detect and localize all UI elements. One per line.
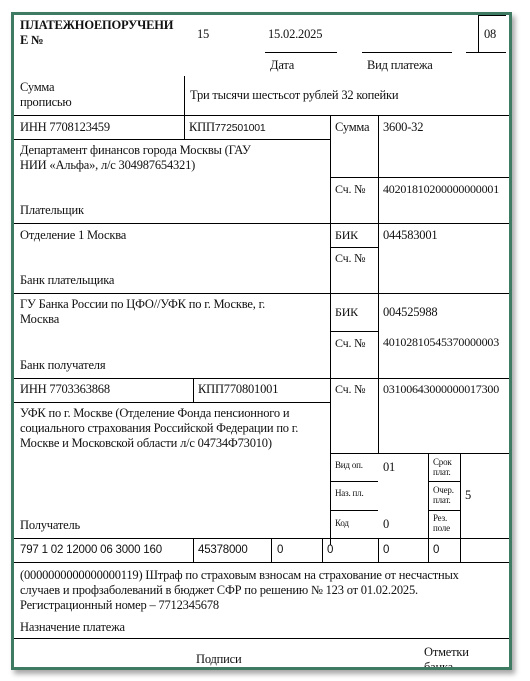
payee-name-line2: социального страхования Российской Федер… (20, 421, 298, 436)
col-line (428, 453, 429, 538)
doc-date-value: 0 (433, 543, 439, 558)
payer-kpp-label: КПП (189, 120, 215, 134)
date-value: 15.02.2025 (268, 27, 322, 42)
payee-bank-account-label: Сч. № (335, 336, 365, 351)
col-line (322, 538, 323, 562)
payee-label: Получатель (20, 518, 80, 533)
payer-account-label: Сч. № (335, 182, 365, 197)
payer-kpp-value: 772501001 (215, 122, 266, 134)
bank-marks-label-2: банка (424, 660, 453, 670)
priority-value: 5 (465, 488, 471, 503)
reserve-label-1: Рез. (433, 513, 447, 523)
code-value: 0 (383, 517, 389, 532)
due-label-2: плат. (433, 467, 451, 477)
row-line (14, 293, 509, 294)
payer-bank-bik-value: 044583001 (383, 228, 437, 243)
row-line (14, 402, 330, 403)
bank-marks-label-1: Отметки (424, 645, 469, 660)
reserve-label-2: поле (433, 523, 450, 533)
col-line (378, 538, 379, 562)
date-underline (265, 52, 337, 53)
status-box-bottom (466, 52, 506, 53)
status-box-top (478, 15, 506, 16)
col-line (460, 538, 461, 562)
payee-bank-bik-label: БИК (335, 305, 358, 320)
period-value: 0 (327, 543, 333, 558)
row-line (330, 247, 378, 248)
amount-words-divider (184, 76, 185, 115)
row-line (14, 115, 509, 116)
op-type-value: 01 (383, 460, 395, 475)
payee-name-line1: УФК по г. Москве (Отделение Фонда пенсио… (20, 406, 289, 421)
payer-account-value: 40201810200000000001 (383, 182, 499, 197)
payee-account-value: 03100643000000017300 (383, 382, 499, 397)
payee-bank-account-value: 40102810545370000003 (383, 335, 499, 350)
row-line (14, 223, 509, 224)
payer-label: Плательщик (20, 203, 84, 218)
payer-sum-label: Сумма (335, 120, 369, 135)
payment-type-label: Вид платежа (367, 58, 433, 73)
col-line (184, 115, 185, 139)
payee-account-label: Сч. № (335, 382, 365, 397)
row-line (14, 638, 509, 639)
payment-order-form: ПЛАТЕЖНОЕПОРУЧЕНИ Е № 15 15.02.2025 Дата… (11, 12, 512, 670)
row-line (14, 538, 509, 539)
purpose-line1: (0000000000000000119) Штраф по страховым… (20, 568, 459, 583)
basis-value: 0 (277, 543, 283, 558)
col-line (378, 115, 379, 453)
date-label: Дата (270, 58, 294, 73)
row-line (330, 453, 509, 454)
doc-number-value: 0 (383, 543, 389, 558)
kbk-value: 797 1 02 12000 06 3000 160 (20, 543, 162, 558)
form-title-line2: Е № (20, 33, 43, 48)
payer-sum-value: 3600-32 (383, 120, 423, 135)
code-label: Код (335, 518, 349, 528)
signatures-label: Подписи (196, 652, 242, 667)
purpose-line2: случаев и профзаболеваний в бюджет СФР п… (20, 583, 418, 598)
row-line (330, 481, 378, 482)
order-number: 15 (197, 27, 209, 42)
payee-inn: ИНН 7703363868 (20, 382, 110, 397)
payer-name-line1: Департамент финансов города Москвы (ГАУ (20, 143, 251, 158)
amount-words-label-1: Сумма (20, 80, 54, 95)
amount-words-value: Три тысячи шестьсот рублей 32 копейки (190, 88, 398, 103)
amount-words-label-2: прописью (20, 95, 72, 110)
col-line (460, 453, 461, 538)
row-line (330, 510, 378, 511)
payee-bank-name-line1: ГУ Банка России по ЦФО//УФК по г. Москве… (20, 297, 265, 312)
row-line (428, 481, 460, 482)
payer-kpp: КПП772501001 (189, 120, 266, 136)
op-type-label: Вид оп. (335, 460, 363, 470)
oktmo-value: 45378000 (198, 543, 248, 558)
payee-bank-bik-value: 004525988 (383, 305, 437, 320)
purpose-code-label: Наз. пл. (335, 488, 364, 498)
payer-bank-account-label: Сч. № (335, 251, 365, 266)
row-line (428, 510, 460, 511)
payee-name-line3: Москве и Московской области л/с 04734Ф73… (20, 436, 272, 451)
payee-bank-name-line2: Москва (20, 312, 59, 327)
due-label-1: Срок (433, 457, 452, 467)
payee-bank-label: Банк получателя (20, 358, 105, 373)
col-line (271, 538, 272, 562)
col-line (428, 538, 429, 562)
purpose-line3: Регистрационный номер – 7712345678 (20, 598, 219, 613)
payer-name-line2: НИИ «Альфа», л/с 304987654321) (20, 158, 195, 173)
purpose-label: Назначение платежа (20, 620, 125, 635)
row-line (14, 378, 509, 379)
priority-label-2: плат. (433, 495, 451, 505)
payer-bank-label: Банк плательщика (20, 273, 114, 288)
col-line (193, 378, 194, 402)
row-line (14, 139, 330, 140)
row-line (330, 177, 509, 178)
priority-label-1: Очер. (433, 485, 454, 495)
payer-bank-name: Отделение 1 Москва (20, 228, 126, 243)
col-line (193, 538, 194, 562)
payment-type-underline (362, 52, 452, 53)
status-code: 08 (484, 27, 496, 42)
status-box-left (478, 15, 479, 52)
row-line (14, 562, 509, 563)
payer-bank-bik-label: БИК (335, 228, 358, 243)
row-line (330, 331, 378, 332)
form-title-line1: ПЛАТЕЖНОЕПОРУЧЕНИ (20, 18, 173, 33)
payer-inn: ИНН 7708123459 (20, 120, 110, 135)
payee-kpp: КПП770801001 (198, 382, 278, 397)
